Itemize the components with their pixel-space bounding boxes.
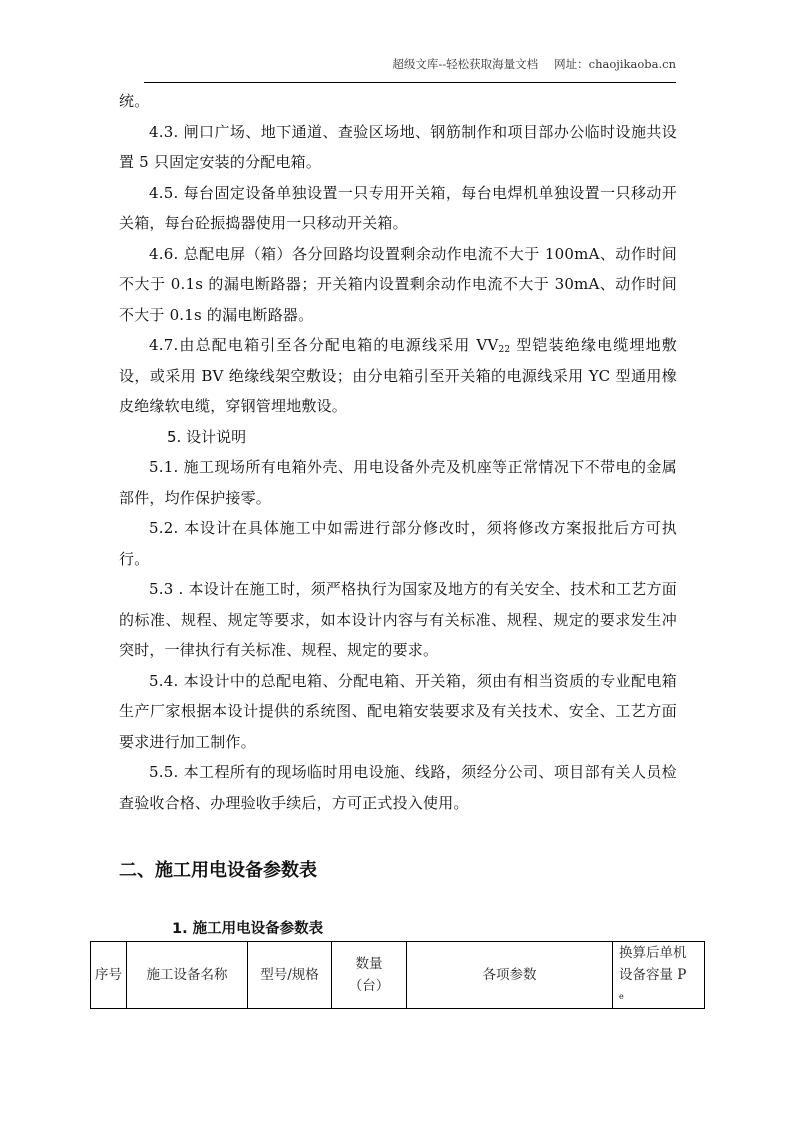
header-text: 超级文库--轻松获取海量文档网址：chaojikaoba.cn xyxy=(392,56,676,72)
capacity-label-line2: 设备容量 Pe xyxy=(619,964,702,1008)
capacity-subscript: e xyxy=(619,986,702,1008)
paragraph-5-3: 5.3 . 本设计在施工时，须严格执行为国家及地方的有关安全、技术和工艺方面的标… xyxy=(119,574,677,666)
header-site-name: 超级文库--轻松获取海量文档 xyxy=(392,56,538,72)
paragraph-4-7-part-a: 4.7.由总配电箱引至各分配电箱的电源线采用 VV xyxy=(149,336,498,354)
capacity-label-text: 设备容量 P xyxy=(619,964,702,986)
paragraph-5-2: 5.2. 本设计在具体施工中如需进行部分修改时，须将修改方案报批后方可执行。 xyxy=(119,513,677,574)
header-url: chaojikaoba.cn xyxy=(589,57,676,71)
paragraph-5-4: 5.4. 本设计中的总配电箱、分配电箱、开关箱，须由有相当资质的专业配电箱生产厂… xyxy=(119,666,677,758)
equipment-params-table: 序号 施工设备名称 型号/规格 数量 （台） 各项参数 换算后单机 设备容量 P… xyxy=(90,941,705,1009)
quantity-label-line2: （台） xyxy=(334,975,404,997)
page-header: 超级文库--轻松获取海量文档网址：chaojikaoba.cn xyxy=(144,52,676,83)
col-header-parameters: 各项参数 xyxy=(407,942,613,1009)
paragraph-5-5: 5.5. 本工程所有的现场临时用电设施、线路，须经分公司、项目部有关人员检查验收… xyxy=(119,757,677,818)
col-header-index: 序号 xyxy=(91,942,127,1009)
subsection-title-equipment-table: 1. 施工用电设备参数表 xyxy=(172,917,323,938)
quantity-label-line1: 数量 xyxy=(334,953,404,975)
col-header-model-spec: 型号/规格 xyxy=(248,942,332,1009)
section-title-equipment-params: 二、施工用电设备参数表 xyxy=(119,856,317,882)
paragraph-4-7: 4.7.由总配电箱引至各分配电箱的电源线采用 VV22 型铠装绝缘电缆埋地敷设，… xyxy=(119,330,677,422)
section-heading-design-notes: 5. 设计说明 xyxy=(119,422,677,453)
paragraph-4-5: 4.5. 每台固定设备单独设置一只专用开关箱，每台电焊机单独设置一只移动开关箱，… xyxy=(119,178,677,239)
paragraph-5-1: 5.1. 施工现场所有电箱外壳、用电设备外壳及机座等正常情况下不带电的金属部件，… xyxy=(119,452,677,513)
col-header-equipment-name: 施工设备名称 xyxy=(127,942,248,1009)
vv22-subscript: 22 xyxy=(498,345,510,355)
capacity-label-line1: 换算后单机 xyxy=(619,942,702,964)
table-header-row: 序号 施工设备名称 型号/规格 数量 （台） 各项参数 换算后单机 设备容量 P… xyxy=(91,942,705,1009)
paragraph-continuation: 统。 xyxy=(119,86,677,117)
col-header-capacity: 换算后单机 设备容量 Pe xyxy=(613,942,705,1009)
document-body: 统。 4.3. 闸口广场、地下通道、查验区场地、钢筋制作和项目部办公临时设施共设… xyxy=(119,86,677,818)
paragraph-4-6: 4.6. 总配电屏（箱）各分回路均设置剩余动作电流不大于 100mA、动作时间不… xyxy=(119,239,677,331)
col-header-quantity: 数量 （台） xyxy=(332,942,407,1009)
header-url-label: 网址： xyxy=(554,56,589,72)
paragraph-4-3: 4.3. 闸口广场、地下通道、查验区场地、钢筋制作和项目部办公临时设施共设置 5… xyxy=(119,117,677,178)
